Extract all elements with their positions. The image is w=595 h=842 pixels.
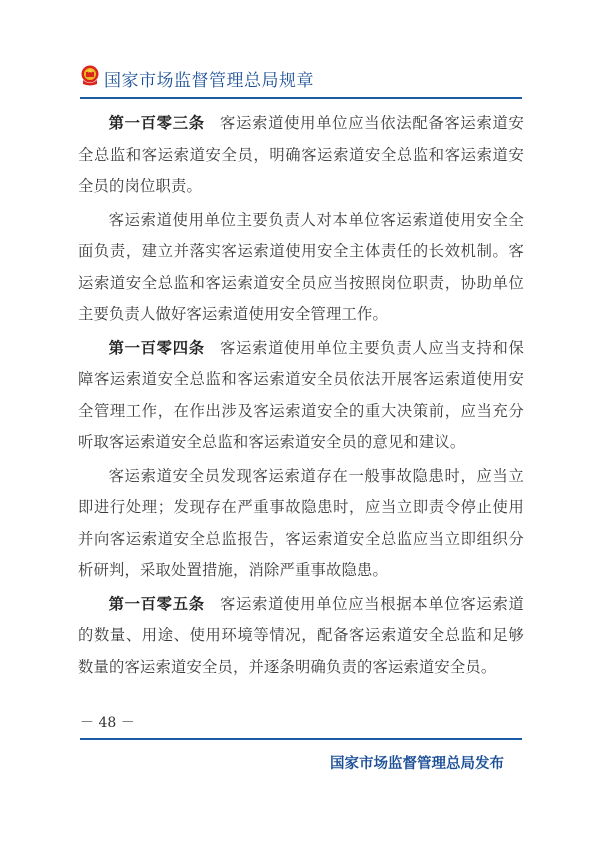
national-emblem-icon: [80, 65, 100, 86]
article-paragraph: 第一百零五条客运索道使用单位应当根据本单位客运索道的数量、用途、使用环境等情况，…: [78, 589, 524, 684]
article-paragraph: 客运索道使用单位主要负责人对本单位客运索道使用安全全面负责，建立并落实客运索道使…: [78, 205, 524, 331]
article-number: 第一百零五条: [109, 595, 205, 613]
article-paragraph: 客运索道安全员发现客运索道存在一般事故隐患时，应当立即进行处理；发现存在严重事故…: [78, 461, 524, 587]
article-number: 第一百零三条: [109, 114, 205, 132]
article-paragraph: 第一百零三条客运索道使用单位应当依法配备客运索道安全总监和客运索道安全员，明确客…: [78, 108, 524, 203]
header-divider: [80, 97, 522, 99]
page-header: 国家市场监督管理总局规章: [80, 64, 525, 100]
page-number: － 48 －: [80, 712, 135, 732]
document-body: 第一百零三条客运索道使用单位应当依法配备客运索道安全总监和客运索道安全员，明确客…: [78, 108, 524, 685]
header-title: 国家市场监督管理总局规章: [104, 66, 314, 91]
footer-divider: [80, 738, 522, 740]
article-number: 第一百零四条: [109, 339, 205, 357]
footer-publisher: 国家市场监督管理总局发布: [330, 752, 504, 773]
article-paragraph: 第一百零四条客运索道使用单位主要负责人应当支持和保障客运索道安全总监和客运索道安…: [78, 333, 524, 459]
